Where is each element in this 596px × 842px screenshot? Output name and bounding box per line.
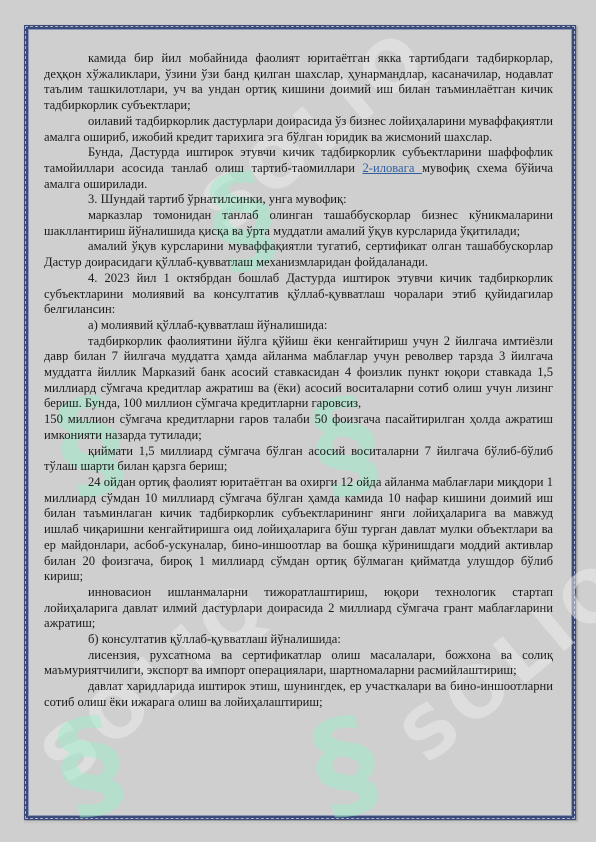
paragraph-consulting-support-heading: б) консултатив қўллаб-қувватлаш йўналиши…	[44, 632, 553, 648]
paragraph-item-4: 4. 2023 йил 1 октябрдан бошлаб Дастурда …	[44, 271, 553, 318]
paragraph-credits: тадбиркорлик фаолиятини йўлга қўйиш ёки …	[44, 334, 553, 413]
paragraph-innovation-grants: инновасион ишланмаларни тижоратлаштириш,…	[44, 585, 553, 632]
page-shadow	[24, 821, 576, 825]
paragraph-selection-procedure: Бунда, Дастурда иштирок этувчи кичик тад…	[44, 145, 553, 192]
paragraph-fixed-assets-loan: қиймати 1,5 миллиард сўмгача бўлган асос…	[44, 444, 553, 475]
paragraph-training-courses: марказлар томонидан танлаб олинган ташаб…	[44, 208, 553, 239]
appendix-2-link[interactable]: 2-иловага	[362, 161, 421, 175]
paragraph-small-business-list: камида бир йил мобайнида фаолият юритаёт…	[44, 51, 553, 114]
paragraph-public-procurement: давлат харидларида иштирок этиш, шунингд…	[44, 679, 553, 710]
paragraph-credits-continued: 150 миллион сўмгача кредитларни гаров та…	[44, 412, 553, 443]
paragraph-equity-participation: 24 ойдан ортиқ фаолият юритаётган ва охи…	[44, 475, 553, 585]
paragraph-financial-support-heading: а) молиявий қўллаб-қувватлаш йўналишида:	[44, 318, 553, 334]
paragraph-certificate-holders: амалий ўқув курсларини муваффақиятли туг…	[44, 239, 553, 270]
document-body: камида бир йил мобайнида фаолият юритаёт…	[44, 51, 553, 711]
paragraph-family-entrepreneurship: оилавий тадбиркорлик дастурлари доирасид…	[44, 114, 553, 145]
paragraph-item-3: 3. Шундай тартиб ўрнатилсинки, унга муво…	[44, 192, 553, 208]
paragraph-licensing-customs: лисензия, рухсатнома ва сертификатлар ол…	[44, 648, 553, 679]
